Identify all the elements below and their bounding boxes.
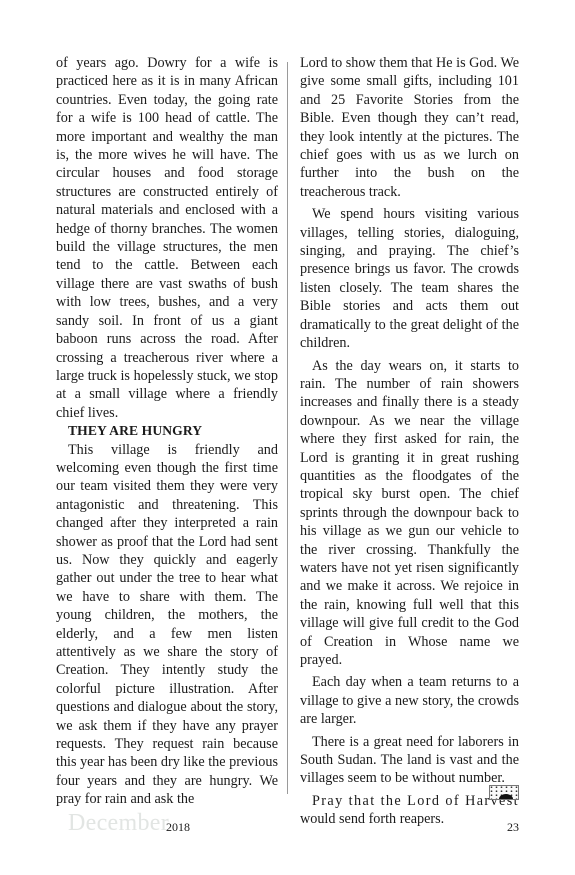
paragraph: of years ago. Dowry for a wife is practi… <box>56 54 278 422</box>
paragraph-line: would send forth reapers. <box>300 811 444 827</box>
paragraph: As the day wears on, it starts to rain. … <box>300 357 519 670</box>
paragraph: We spend hours visiting various villages… <box>300 205 519 352</box>
end-of-article-icon <box>489 785 519 800</box>
section-heading: THEY ARE HUNGRY <box>56 422 278 440</box>
right-column: Lord to show them that He is God. We giv… <box>300 54 519 829</box>
paragraph: There is a great need for laborers in So… <box>300 733 519 788</box>
left-column: of years ago. Dowry for a wife is practi… <box>56 54 278 809</box>
footer-year: 2018 <box>166 820 190 835</box>
paragraph: Each day when a team returns to a villag… <box>300 673 519 728</box>
paragraph-line: Pray that the Lord of Harvest <box>300 792 519 810</box>
column-divider <box>287 62 288 794</box>
paragraph: This village is friendly and welcoming e… <box>56 441 278 809</box>
page-number: 23 <box>507 820 519 835</box>
footer-month: December <box>68 810 169 837</box>
paragraph: Pray that the Lord of Harvest would send… <box>300 792 519 829</box>
paragraph: Lord to show them that He is God. We giv… <box>300 54 519 201</box>
